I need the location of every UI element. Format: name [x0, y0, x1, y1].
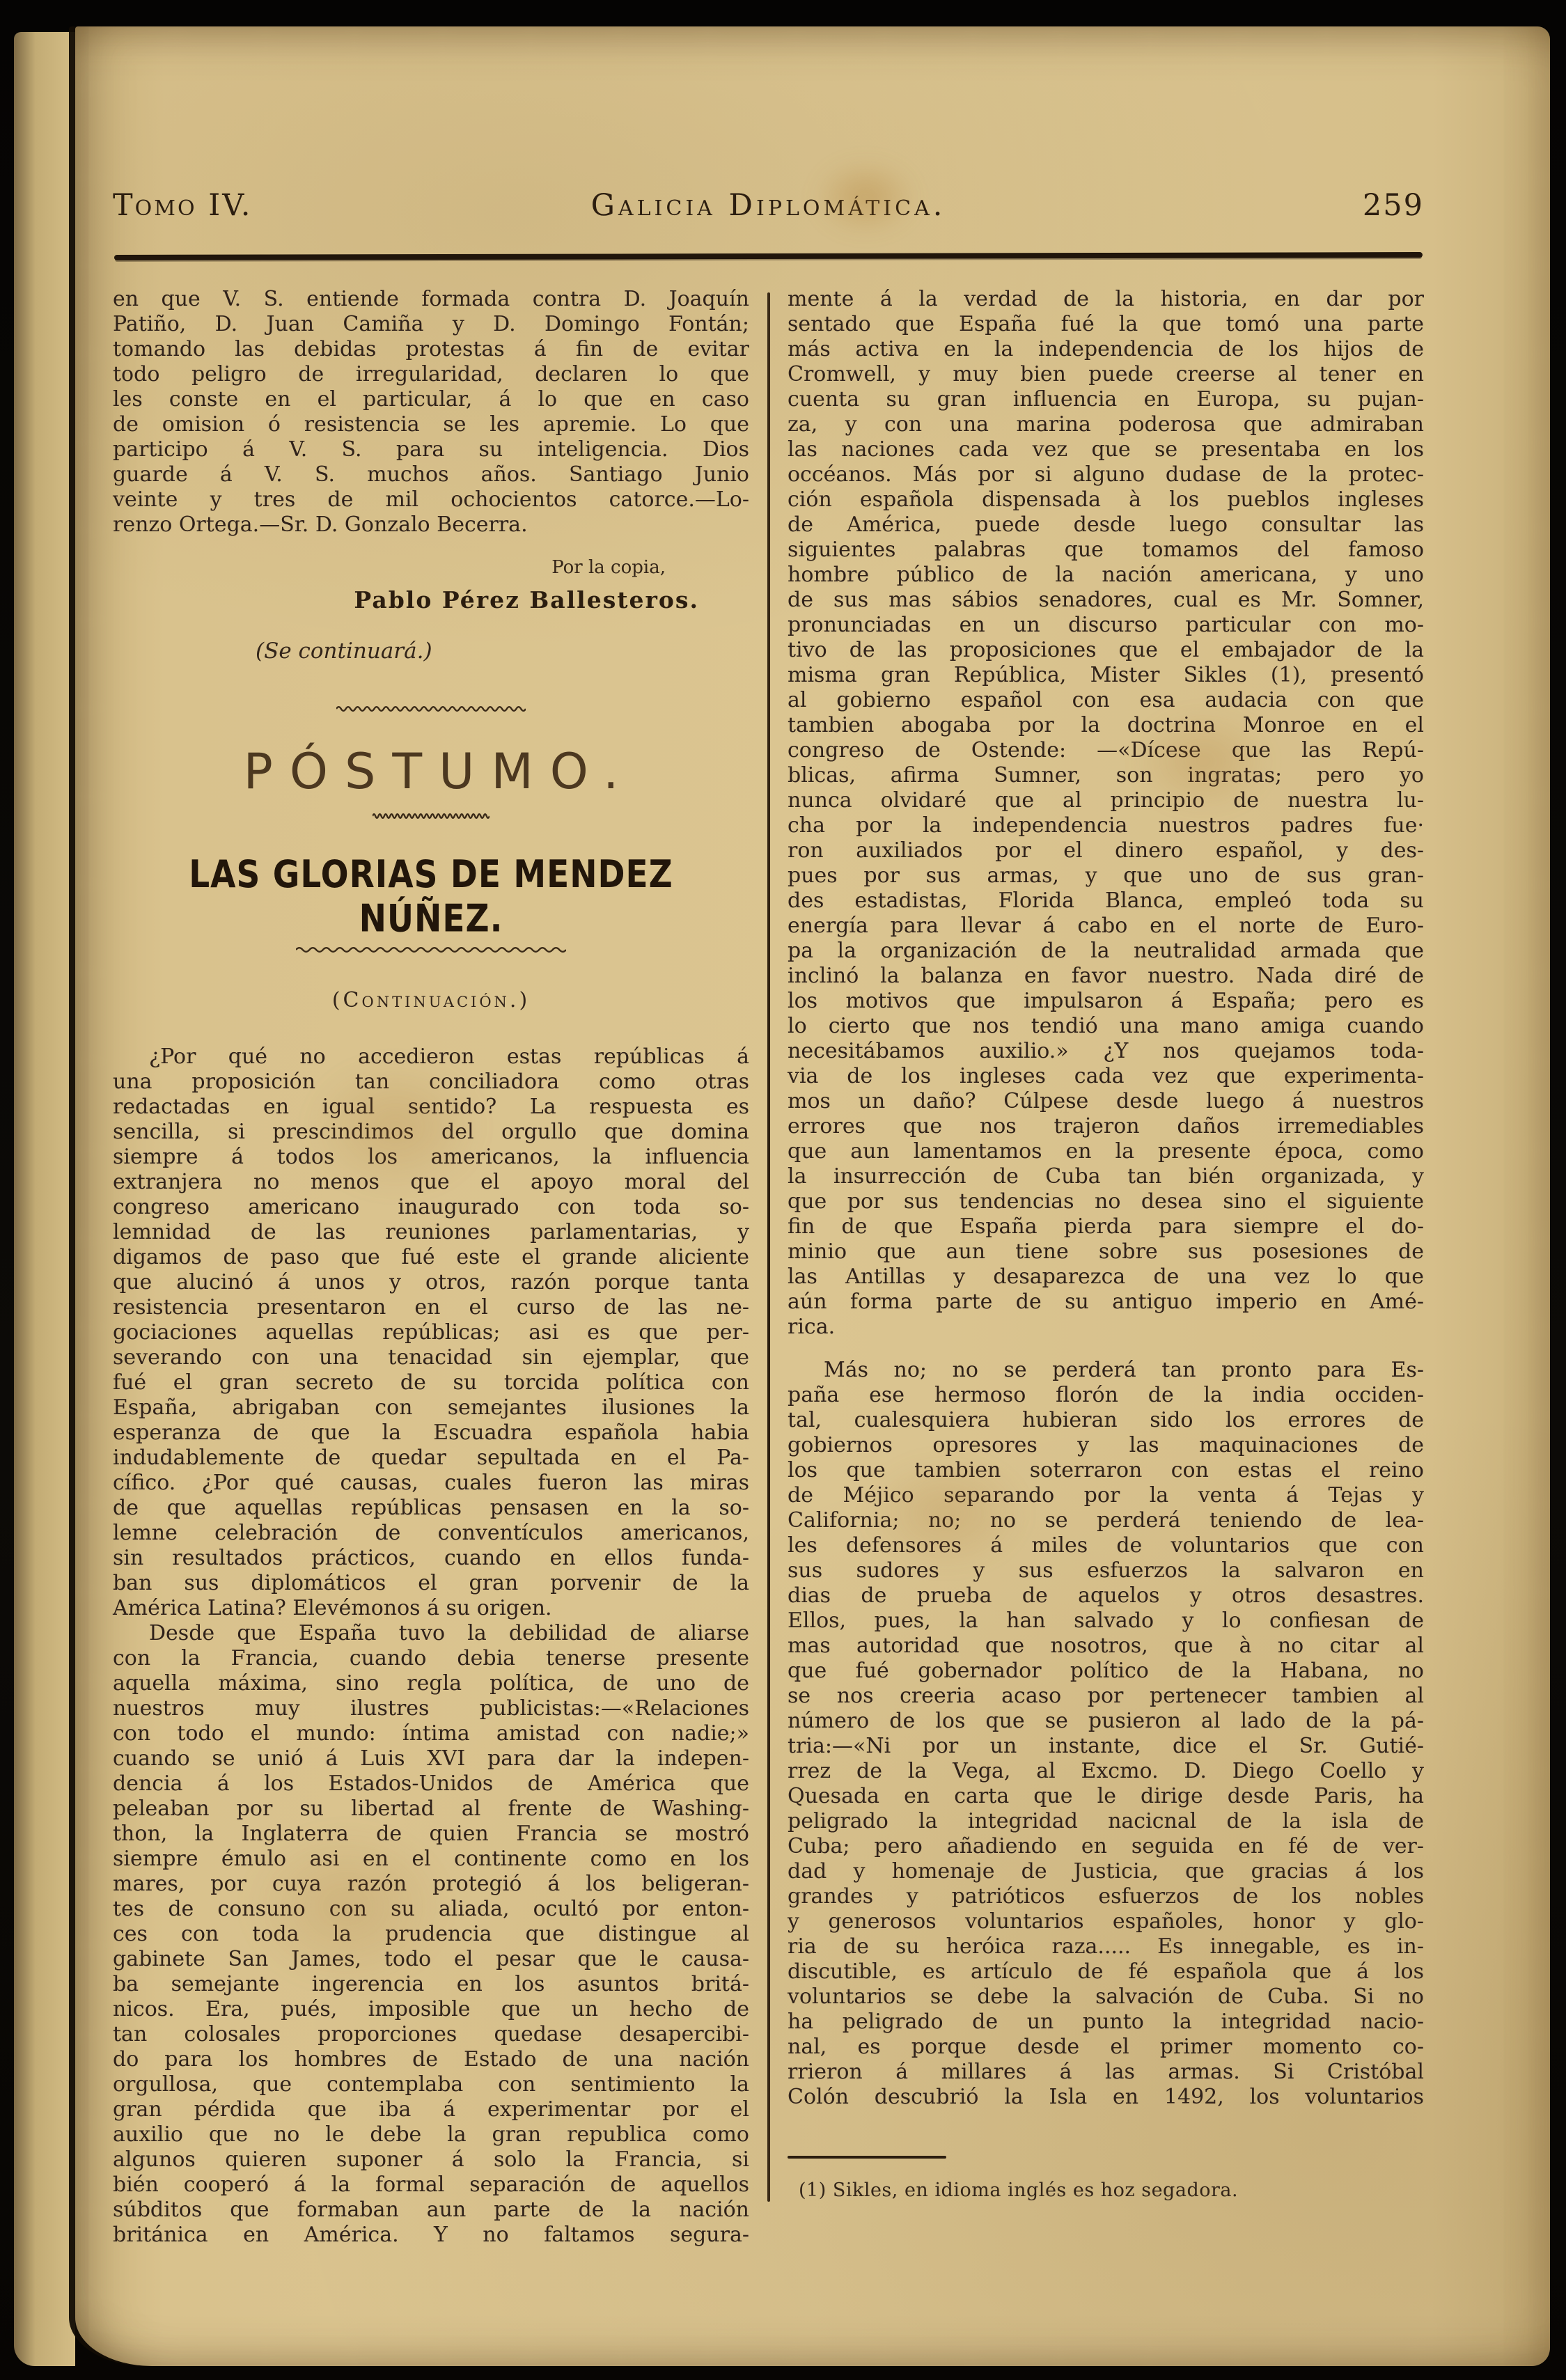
text-line: dias de prueba de aquelos y otros desast…	[788, 1583, 1424, 1608]
text-line: ria de su heróica raza..... Es innegable…	[788, 1934, 1424, 1959]
text-line: número de los que se pusieron al lado de…	[788, 1709, 1424, 1734]
text-line: que aun lamentamos en la presente época,…	[788, 1139, 1424, 1164]
text-line: redactadas en igual sentido? La respuest…	[113, 1095, 749, 1120]
text-line: severando con una tenacidad sin ejemplar…	[113, 1345, 749, 1370]
text-line: que por sus tendencias no desea sino el …	[788, 1189, 1424, 1214]
text-line: participo á V. S. para su inteligencia. …	[113, 437, 749, 462]
text-line: y generosos voluntarios españoles, honor…	[788, 1909, 1424, 1934]
text-line: Quesada en carta que le dirige desde Par…	[788, 1784, 1424, 1809]
to-be-continued-note: (Se continuará.)	[113, 639, 749, 664]
text-line: ¿Por qué no accedieron estas repúblicas …	[113, 1044, 749, 1070]
text-line: les conste en el particular, á lo que en…	[113, 387, 749, 412]
text-line: con la Francia, cuando debia tenerse pre…	[113, 1646, 749, 1671]
copyist-name: Pablo Pérez Ballesteros.	[113, 586, 749, 613]
journal-title: Galicia Diplomática.	[343, 188, 1194, 223]
text-line: blicas, afirma Sumner, son ingratas; per…	[788, 763, 1424, 788]
text-line: cuenta su gran influencia en Europa, su …	[788, 387, 1424, 412]
wavy-rule-icon	[336, 704, 526, 714]
section-title: PÓSTUMO.	[113, 743, 749, 800]
text-line: ban sus diplomáticos el gran porvenir de…	[113, 1571, 749, 1596]
text-line: tan colosales proporciones quedase desap…	[113, 2022, 749, 2047]
text-line: veinte y tres de mil ochocientos catorce…	[113, 487, 749, 512]
text-line: fin de que España pierda para siempre el…	[788, 1214, 1424, 1239]
text-line: que fué gobernador político de la Habana…	[788, 1659, 1424, 1684]
text-line: lemne celebración de conventículos ameri…	[113, 1521, 749, 1546]
text-line: Cromwell, y muy bien puede creerse al te…	[788, 362, 1424, 387]
text-line: sin resultados prácticos, cuando en ello…	[113, 1546, 749, 1571]
text-line: dencia á los Estados-Unidos de América q…	[113, 1771, 749, 1796]
text-line: América Latina? Elevémonos á su origen.	[113, 1596, 749, 1621]
text-line: peligrado la integridad nacicnal de la i…	[788, 1809, 1424, 1834]
text-line: resistencia presentaron en el curso de l…	[113, 1295, 749, 1320]
text-line: de sus mas sábios senadores, cual es Mr.…	[788, 588, 1424, 613]
photo-background: Tomo IV. Galicia Diplomática. 259 en que…	[0, 0, 1566, 2380]
text-line: tal, cualesquiera hubieran sido los erro…	[788, 1408, 1424, 1433]
page-header: Tomo IV. Galicia Diplomática. 259	[75, 26, 1550, 223]
article-paragraph: Más no; no se perderá tan pronto para Es…	[788, 1358, 1424, 2110]
text-line: sus sudores y sus esfuerzos la salvaron …	[788, 1558, 1424, 1583]
text-line: pues por sus armas, y que uno de sus gra…	[788, 863, 1424, 888]
text-line: Desde que España tuvo la debilidad de al…	[113, 1621, 749, 1646]
article-paragraph: mente á la verdad de la historia, en dar…	[788, 287, 1424, 1340]
text-line: nicos. Era, pués, imposible que un hecho…	[113, 1997, 749, 2022]
letter-end-paragraph: en que V. S. entiende formada contra D. …	[113, 287, 749, 538]
text-line: los que tambien soterraron con estas el …	[788, 1458, 1424, 1483]
text-line: algunos quieren suponer á solo la Franci…	[113, 2147, 749, 2172]
text-line: siempre émulo asi en el continente como …	[113, 1847, 749, 1872]
text-line: Ellos, pues, la han salvado y lo confies…	[788, 1608, 1424, 1634]
text-line: ción española dispensada à los pueblos i…	[788, 487, 1424, 512]
footnote: (1) Sikles, en idioma inglés es hoz sega…	[788, 2179, 1424, 2201]
text-line: grandes y patrióticos esfuerzos de los n…	[788, 1884, 1424, 1909]
text-line: pronunciadas en un discurso particular c…	[788, 613, 1424, 638]
text-line: voluntarios se debe la salvación de Cuba…	[788, 1984, 1424, 2010]
text-line: guarde á V. S. muchos años. Santiago Jun…	[113, 462, 749, 487]
text-line: rica.	[788, 1315, 1424, 1340]
text-line: dad y homenaje de Justicia, que gracias …	[788, 1859, 1424, 1884]
text-line: Más no; no se perderá tan pronto para Es…	[788, 1358, 1424, 1383]
text-line: de que aquellas repúblicas pensasen en l…	[113, 1496, 749, 1521]
text-line: gabinete San James, todo el pesar que le…	[113, 1947, 749, 1972]
text-line: España, abrigaban con semejantes ilusion…	[113, 1395, 749, 1420]
text-line: renzo Ortega.—Sr. D. Gonzalo Becerra.	[113, 512, 749, 538]
text-line: las naciones cada vez que se presentaba …	[788, 437, 1424, 462]
text-line: Cuba; pero añadiendo en seguida en fé de…	[788, 1834, 1424, 1859]
footnote-rule	[788, 2156, 946, 2159]
text-line: pa la organización de la neutralidad arm…	[788, 939, 1424, 964]
text-line: congreso americano inaugurado con toda s…	[113, 1195, 749, 1220]
text-line: nal, es porque desde el primer momento c…	[788, 2035, 1424, 2060]
text-line: California; no; no se perderá teniendo d…	[788, 1508, 1424, 1533]
text-line: occéanos. Más por si alguno dudase de la…	[788, 462, 1424, 487]
text-line: de omision ó resistencia se les apremie.…	[113, 412, 749, 437]
text-line: indudablemente de quedar sepultada en el…	[113, 1446, 749, 1471]
text-line: británica en América. Y no faltamos segu…	[113, 2223, 749, 2248]
text-line: las Antillas y desaparezca de una vez lo…	[788, 1265, 1424, 1290]
text-line: tivo de las proposiciones que el embajad…	[788, 638, 1424, 663]
right-column: mente á la verdad de la historia, en dar…	[788, 287, 1424, 2201]
continuation-label: (Continuación.)	[113, 988, 749, 1012]
text-line: za, y con una marina poderosa que admira…	[788, 412, 1424, 437]
text-line: gran pérdida que iba á experimentar por …	[113, 2097, 749, 2122]
text-line: lo cierto que nos tendió una mano amiga …	[788, 1014, 1424, 1039]
text-line: mas autoridad que nosotros, que à no cit…	[788, 1634, 1424, 1659]
text-line: con todo el mundo: íntima amistad con na…	[113, 1721, 749, 1746]
article-paragraph: ¿Por qué no accedieron estas repúblicas …	[113, 1044, 749, 1621]
text-line: cuando se unió á Luis XVI para dar la in…	[113, 1746, 749, 1771]
adjacent-page-edge	[14, 32, 75, 2366]
text-line: aún forma parte de su antiguo imperio en…	[788, 1290, 1424, 1315]
text-line: via de los ingleses cada vez que experim…	[788, 1064, 1424, 1089]
page-number: 259	[1194, 188, 1424, 223]
left-column: en que V. S. entiende formada contra D. …	[113, 287, 749, 2248]
text-line: minio que aun tiene sobre sus posesiones…	[788, 1239, 1424, 1265]
text-line: digamos de paso que fué este el grande a…	[113, 1245, 749, 1270]
text-line: aquella máxima, sino regla política, de …	[113, 1671, 749, 1696]
volume-label: Tomo IV.	[113, 188, 343, 223]
text-line: de Méjico separando por la venta á Tejas…	[788, 1483, 1424, 1508]
text-line: paña ese hermoso florón de la india occi…	[788, 1383, 1424, 1408]
book-page: Tomo IV. Galicia Diplomática. 259 en que…	[75, 26, 1550, 2366]
text-line: congreso de Ostende: —«Dícese que las Re…	[788, 738, 1424, 763]
text-line: bién cooperó á la formal separación de a…	[113, 2172, 749, 2198]
text-line: súbditos que formaban aun parte de la na…	[113, 2198, 749, 2223]
text-line: mares, por cuya razón protegió á los bel…	[113, 1872, 749, 1897]
text-line: al gobierno español con esa audacia con …	[788, 688, 1424, 713]
article-title: LAS GLORIAS DE MENDEZ NÚÑEZ.	[113, 853, 749, 941]
text-line: tambien abogaba por la doctrina Monroe e…	[788, 713, 1424, 738]
text-line: fué el gran secreto de su torcida políti…	[113, 1370, 749, 1395]
text-line: los motivos que impulsaron á España; per…	[788, 989, 1424, 1014]
text-line: nuestros muy ilustres publicistas:—«Rela…	[113, 1696, 749, 1721]
text-line: Colón descubrió la Isla en 1492, los vol…	[788, 2085, 1424, 2110]
text-line: ron auxiliados por el dinero español, y …	[788, 838, 1424, 863]
text-line: hombre público de la nación americana, y…	[788, 563, 1424, 588]
text-line: rrieron á millares á las armas. Si Crist…	[788, 2060, 1424, 2085]
text-line: gociaciones aquellas repúblicas; asi es …	[113, 1320, 749, 1345]
text-line: orgullosa, que contemplaba con sentimien…	[113, 2072, 749, 2097]
text-line: do para los hombres de Estado de una nac…	[113, 2047, 749, 2072]
text-line: se nos creeria acaso por pertenecer tamb…	[788, 1684, 1424, 1709]
text-line: esperanza de que la Escuadra española ha…	[113, 1420, 749, 1446]
header-rule	[114, 252, 1423, 260]
wavy-rule-icon	[296, 945, 566, 955]
text-line: rrez de la Vega, al Excmo. D. Diego Coel…	[788, 1759, 1424, 1784]
text-line: discutible, es artículo de fé española q…	[788, 1959, 1424, 1984]
text-line: ba semejante ingerencia en los asuntos b…	[113, 1972, 749, 1997]
text-line: les defensores á miles de voluntarios qu…	[788, 1533, 1424, 1558]
text-line: ces con toda la prudencia que distingue …	[113, 1922, 749, 1947]
text-line: errores que nos trajeron daños irremedia…	[788, 1114, 1424, 1139]
text-line: tria:—«Ni por un instante, dice el Sr. G…	[788, 1734, 1424, 1759]
text-line: más activa en la independencia de los hi…	[788, 337, 1424, 362]
wavy-rule-icon	[373, 811, 490, 821]
text-line: nunca olvidaré que al principio de nuest…	[788, 788, 1424, 813]
text-line: tomando las debidas protestas á fin de e…	[113, 337, 749, 362]
text-line: siguientes palabras que tomamos del famo…	[788, 538, 1424, 563]
text-line: energía para llevar á cabo en el norte d…	[788, 914, 1424, 939]
text-line: gobiernos opresores y las maquinaciones …	[788, 1433, 1424, 1458]
text-line: mos un daño? Cúlpese desde luego á nuest…	[788, 1089, 1424, 1114]
text-line: todo peligro de irregularidad, declaren …	[113, 362, 749, 387]
text-line: en que V. S. entiende formada contra D. …	[113, 287, 749, 312]
text-line: cífico. ¿Por qué causas, cuales fueron l…	[113, 1471, 749, 1496]
text-line: sencilla, si prescindimos del orgullo qu…	[113, 1120, 749, 1145]
text-line: necesitábamos auxilio.» ¿Y nos quejamos …	[788, 1039, 1424, 1064]
text-line: Patiño, D. Juan Camiña y D. Domingo Font…	[113, 312, 749, 337]
text-line: siempre á todos los americanos, la influ…	[113, 1145, 749, 1170]
text-line: que alucinó á unos y otros, razón porque…	[113, 1270, 749, 1295]
text-line: de América, puede desde luego consultar …	[788, 512, 1424, 538]
column-divider-rule	[767, 292, 770, 2202]
text-line: thon, la Inglaterra de quien Francia se …	[113, 1822, 749, 1847]
text-line: tes de consuno con su aliada, ocultó por…	[113, 1897, 749, 1922]
text-line: cha por la independencia nuestros padres…	[788, 813, 1424, 838]
copy-credit: Por la copia,	[113, 557, 749, 578]
text-line: peleaban por su libertad al frente de Wa…	[113, 1796, 749, 1822]
text-line: ha peligrado de un punto la integridad n…	[788, 2010, 1424, 2035]
text-line: una proposición tan conciliadora como ot…	[113, 1070, 749, 1095]
article-paragraph: Desde que España tuvo la debilidad de al…	[113, 1621, 749, 2248]
text-line: la insurrección de Cuba tan bién organiz…	[788, 1164, 1424, 1189]
text-line: misma gran República, Mister Sikles (1),…	[788, 663, 1424, 688]
text-line: auxilio que no le debe la gran republica…	[113, 2122, 749, 2147]
text-line: des estadistas, Florida Blanca, empleó t…	[788, 888, 1424, 914]
text-line: extranjera no menos que el apoyo moral d…	[113, 1170, 749, 1195]
text-columns: en que V. S. entiende formada contra D. …	[113, 287, 1424, 2248]
text-line: inclinó la balanza en favor nuestro. Nad…	[788, 964, 1424, 989]
text-line: lemnidad de las reuniones parlamentarias…	[113, 1220, 749, 1245]
text-line: sentado que España fué la que tomó una p…	[788, 312, 1424, 337]
text-line: mente á la verdad de la historia, en dar…	[788, 287, 1424, 312]
